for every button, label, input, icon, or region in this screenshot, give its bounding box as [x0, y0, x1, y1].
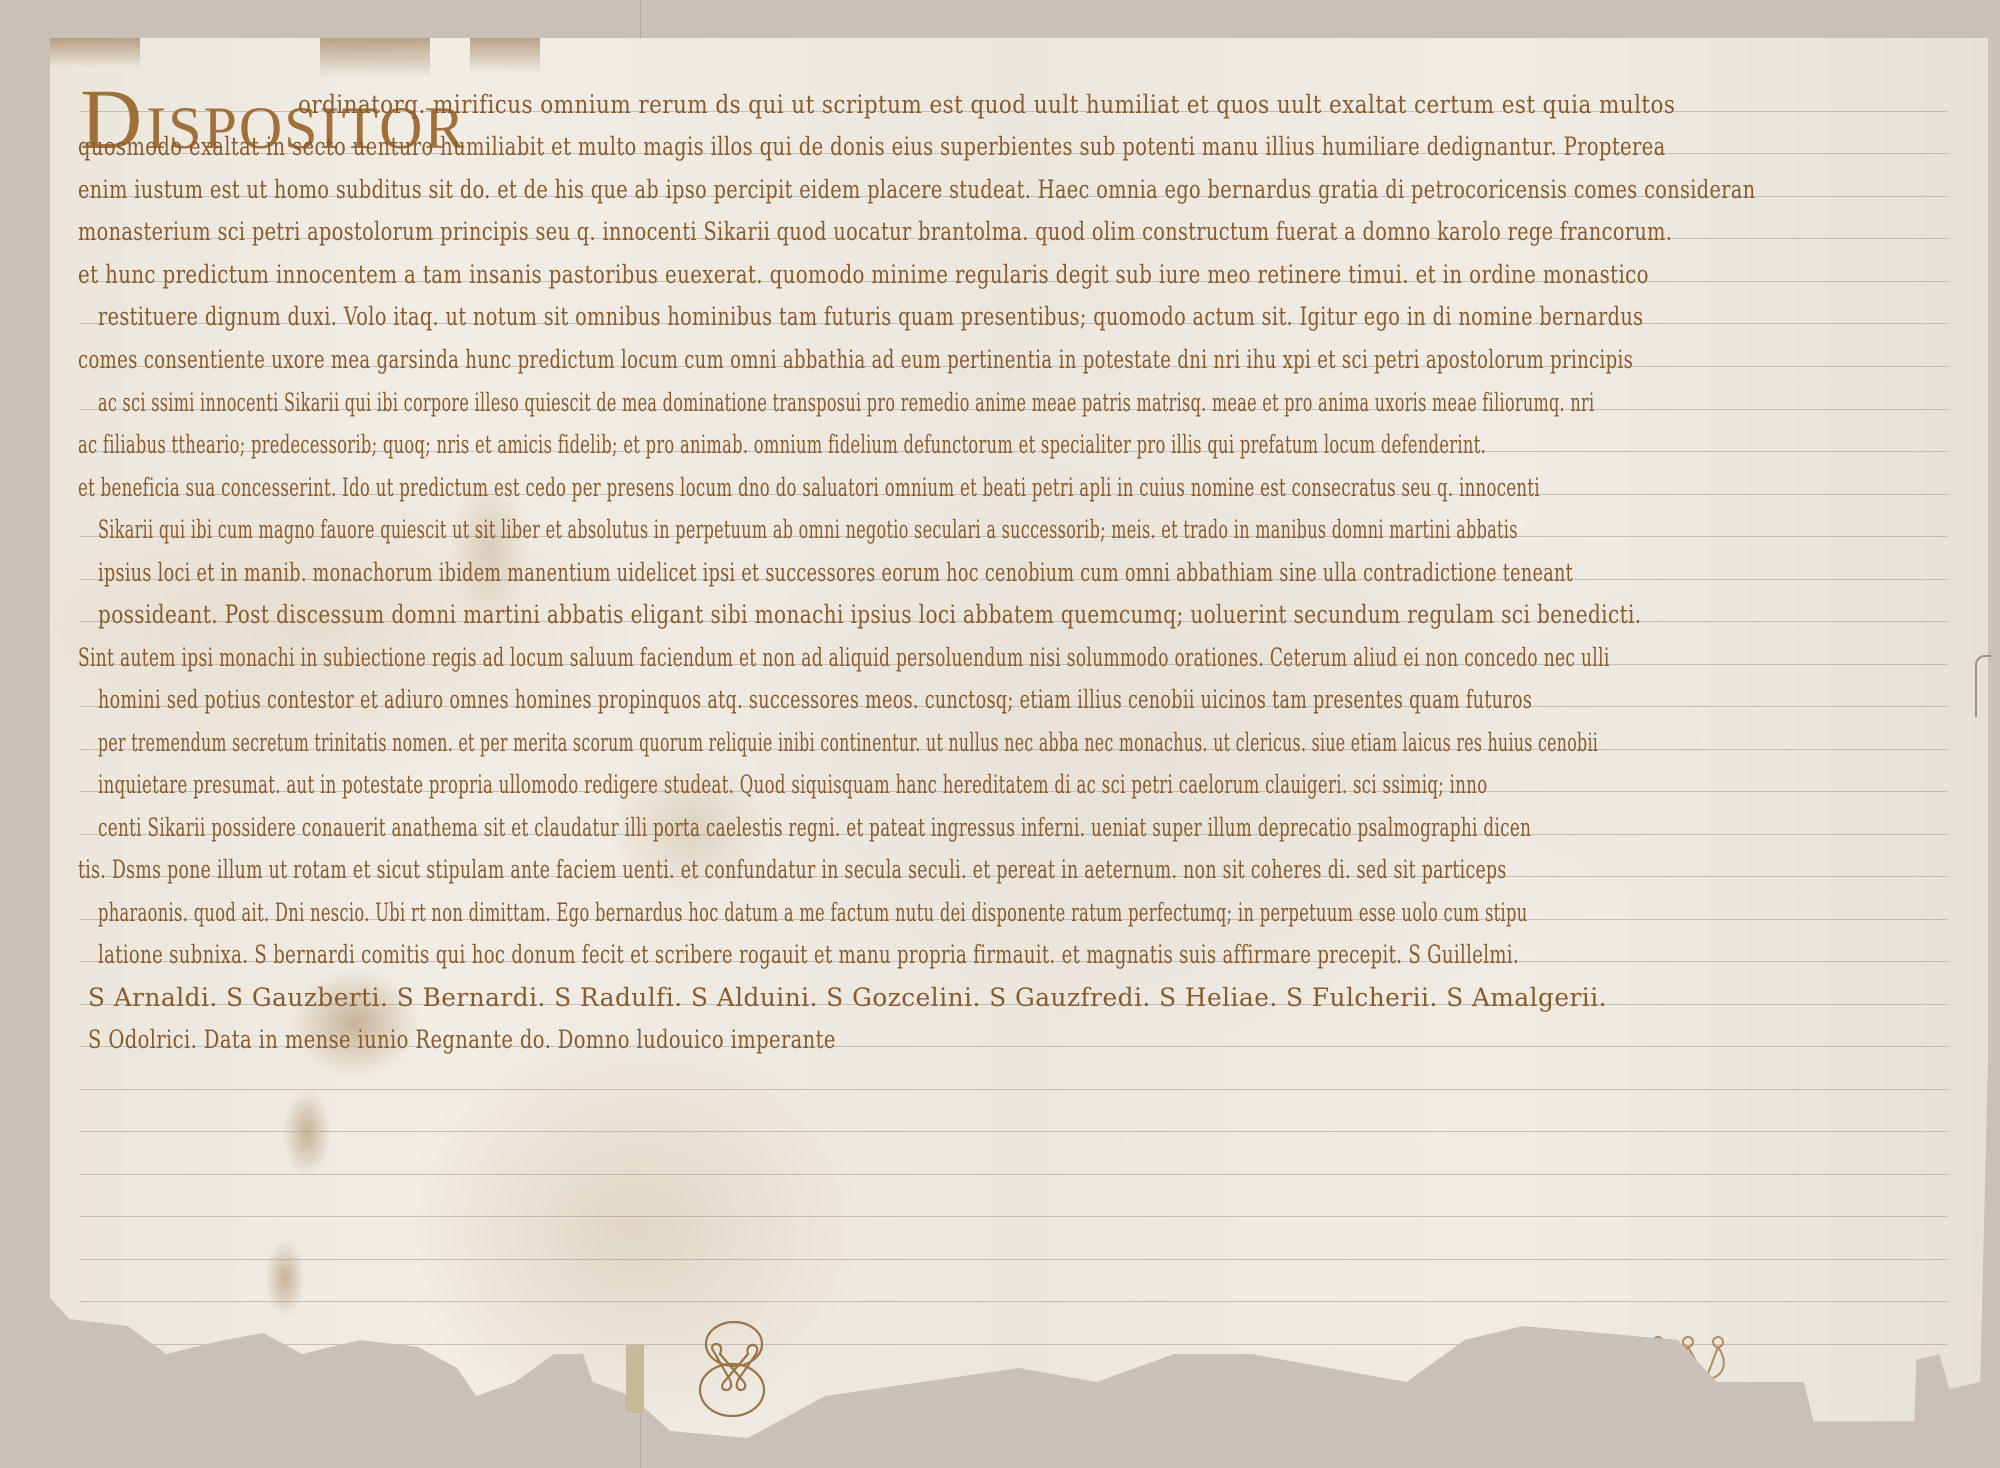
ruling-line — [80, 1216, 1948, 1217]
edge-stain — [320, 38, 430, 78]
ruling-line — [80, 1174, 1948, 1175]
text-line: possideant. Post discessum domni martini… — [98, 600, 1642, 629]
text-line: inquietare presumat. aut in potestate pr… — [98, 770, 1487, 799]
edge-stain — [470, 38, 540, 73]
text-line: S Odolrici. Data in mense iunio Regnante… — [88, 1025, 836, 1054]
text-line: ipsius loci et in manib. monachorum ibid… — [98, 558, 1573, 587]
text-line: tis. Dsms pone illum ut rotam et sicut s… — [78, 855, 1507, 884]
ruling-line — [80, 1259, 1948, 1260]
text-line: latione subnixa. S bernardi comitis qui … — [98, 940, 1519, 969]
signum-marks-icon — [1648, 1334, 1738, 1384]
text-line: centi Sikarii possidere conauerit anathe… — [98, 813, 1531, 842]
text-line: ordinatorq. mirificus omnium rerum ds qu… — [298, 90, 1675, 119]
text-line: S Arnaldi. S Gauzberti. S Bernardi. S Ra… — [88, 983, 1607, 1012]
text-line: homini sed potius contestor et adiuro om… — [98, 685, 1532, 714]
text-line: enim iustum est ut homo subditus sit do.… — [78, 175, 1756, 204]
text-line: monasterium sci petri apostolorum princi… — [78, 217, 1672, 246]
text-line: pharaonis. quod ait. Dni nescio. Ubi rt … — [98, 898, 1528, 927]
water-stain — [282, 1088, 332, 1178]
text-line: Sikarii qui ibi cum magno fauore quiesci… — [98, 515, 1518, 544]
mounting-tab — [626, 1345, 644, 1413]
knot-monogram-icon — [696, 1320, 768, 1420]
text-line: Sint autem ipsi monachi in subiectione r… — [78, 643, 1610, 672]
water-stain — [265, 1238, 305, 1318]
text-line: ac sci ssimi innocenti Sikarii qui ibi c… — [98, 388, 1594, 417]
ruling-line — [80, 1344, 1948, 1345]
string-fragment — [1975, 655, 1991, 717]
text-line: et beneficia sua concesserint. Ido ut pr… — [78, 473, 1540, 502]
text-line: et hunc predictum innocentem a tam insan… — [78, 260, 1649, 289]
ruling-line — [80, 1301, 1948, 1302]
text-line: per tremendum secretum trinitatis nomen.… — [98, 728, 1598, 757]
text-line: restituere dignum duxi. Volo itaq. ut no… — [98, 302, 1643, 331]
edge-stain — [50, 38, 140, 68]
text-line: quosmodo exaltat in secto uenturo humili… — [78, 132, 1666, 161]
text-line: ac filiabus ttheario; predecessorib; quo… — [78, 430, 1486, 459]
ruling-line — [80, 1131, 1948, 1132]
ruling-line — [80, 1089, 1948, 1090]
text-line: comes consentiente uxore mea garsinda hu… — [78, 345, 1633, 374]
parchment-sheet: DISPOSITOR ordinatorq. mirificus omnium … — [50, 38, 1988, 1438]
